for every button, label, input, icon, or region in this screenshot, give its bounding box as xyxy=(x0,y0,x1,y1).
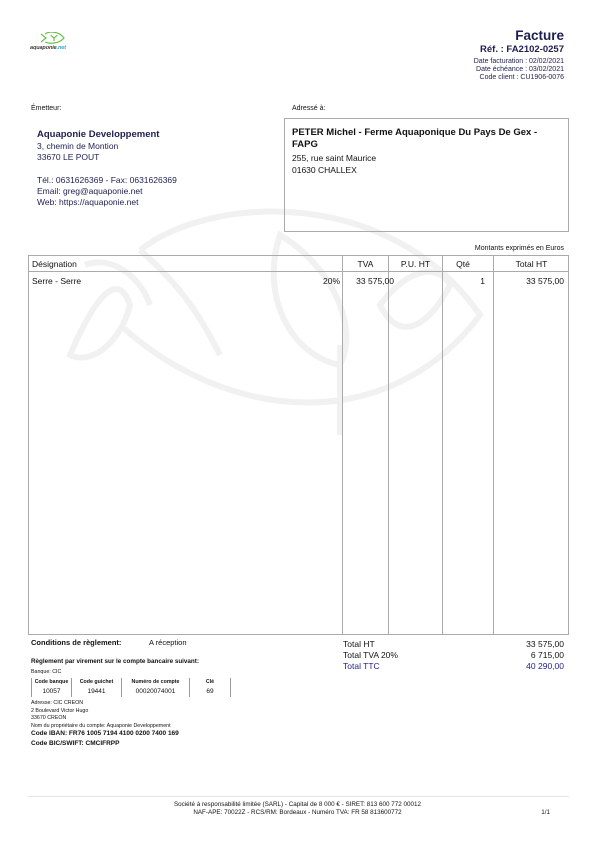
invoice-reference: Réf. : FA2102-0257 xyxy=(480,44,564,55)
rib-key-value: 69 xyxy=(190,687,230,697)
items-table: Désignation TVA P.U. HT Qté Total HT Ser… xyxy=(28,255,569,635)
column-header-pu-ht: P.U. HT xyxy=(389,259,442,269)
sender-address-line: 33670 LE POUT xyxy=(37,152,99,162)
total-ht-value: 33 575,00 xyxy=(526,639,564,649)
recipient-address-line: 255, rue saint Maurice xyxy=(292,153,376,163)
branch-code-header: Code guichet xyxy=(72,678,121,687)
sender-label: Émetteur: xyxy=(31,105,61,112)
footer-legal-line: Société à responsabilité limitée (SARL) … xyxy=(0,801,595,808)
item-tva: 20% xyxy=(323,276,340,286)
bank-name: Banque: CIC xyxy=(31,669,61,675)
column-header-designation: Désignation xyxy=(32,259,77,269)
total-ht-label: Total HT xyxy=(343,639,375,649)
bank-address-line: 2 Boulevard Victor Hugo xyxy=(31,708,88,714)
item-designation: Serre - Serre xyxy=(32,276,81,286)
account-number-header: Numéro de compte xyxy=(122,678,189,687)
due-date: Date échéance : 03/02/2021 xyxy=(476,66,564,73)
recipient-label: Adressé à: xyxy=(292,105,325,112)
item-quantity: 1 xyxy=(480,276,485,286)
branch-code-value: 19441 xyxy=(72,687,121,697)
payment-conditions-label: Conditions de règlement: xyxy=(31,638,121,647)
total-tva-value: 6 715,00 xyxy=(531,650,564,660)
footer-divider xyxy=(28,796,569,797)
bank-code-header: Code banque xyxy=(32,678,71,687)
sender-email: Email: greg@aquaponie.net xyxy=(37,186,143,196)
bank-details-table: Code banque 10057 Code guichet 19441 Num… xyxy=(31,678,231,697)
account-owner: Nom du propriétaire du compte: Aquaponie… xyxy=(31,723,171,729)
account-number-value: 00020074001 xyxy=(122,687,189,697)
document-title: Facture xyxy=(515,28,564,43)
sender-phone: Tél.: 0631626369 - Fax: 0631626369 xyxy=(37,175,177,185)
sender-website: Web: https://aquaponie.net xyxy=(37,197,138,207)
client-code: Code client : CU1906-0076 xyxy=(480,74,564,81)
bank-transfer-title: Règlement par virement sur le compte ban… xyxy=(31,658,199,665)
item-total-ht: 33 575,00 xyxy=(526,276,564,286)
currency-note: Montants exprimés en Euros xyxy=(475,245,564,252)
bank-code-value: 10057 xyxy=(32,687,71,697)
sender-name: Aquaponie Developpement xyxy=(37,129,159,140)
column-header-qty: Qté xyxy=(443,259,483,269)
payment-conditions-value: A réception xyxy=(149,638,187,647)
item-unit-price: 33 575,00 xyxy=(356,276,394,286)
total-ttc-label: Total TTC xyxy=(343,661,380,671)
recipient-name: PETER Michel - Ferme Aquaponique Du Pays… xyxy=(292,127,564,151)
bank-address-line: Adresse: CIC CREON xyxy=(31,700,83,706)
footer-legal-line: NAF-APE: 70022Z - RCS/RM: Bordeaux - Num… xyxy=(0,809,595,816)
logo-text: aquaponie.net xyxy=(30,45,66,51)
recipient-address-line: 01630 CHALLEX xyxy=(292,165,357,175)
rib-key-header: Clé xyxy=(190,678,230,687)
iban-code: Code IBAN: FR76 1005 7194 4100 0200 7400… xyxy=(31,730,179,737)
column-header-total-ht: Total HT xyxy=(494,259,569,269)
total-tva-label: Total TVA 20% xyxy=(343,650,398,660)
column-header-tva: TVA xyxy=(343,259,388,269)
bank-address-line: 33670 CREON xyxy=(31,715,66,721)
bic-code: Code BIC/SWIFT: CMCIFRPP xyxy=(31,740,119,747)
page-number: 1/1 xyxy=(541,809,550,816)
company-logo: aquaponie.net xyxy=(30,32,80,54)
invoice-date: Date facturation : 02/02/2021 xyxy=(474,58,564,65)
total-ttc-value: 40 290,00 xyxy=(526,661,564,671)
fish-sprout-icon xyxy=(40,32,66,44)
sender-address-line: 3, chemin de Montion xyxy=(37,141,118,151)
